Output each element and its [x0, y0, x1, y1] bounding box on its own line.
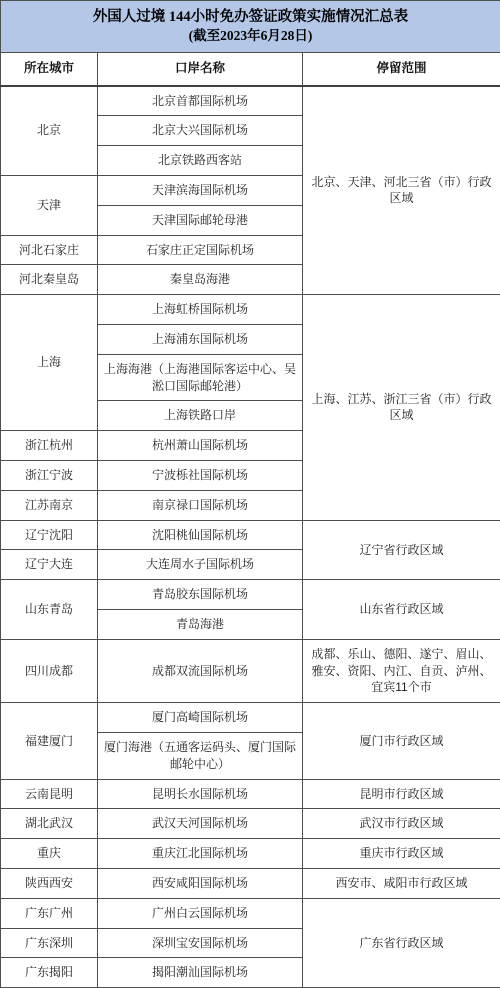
city-cell: 湖北武汉	[1, 809, 98, 839]
port-cell: 南京禄口国际机场	[98, 490, 303, 520]
stay-cell: 昆明市行政区域	[303, 779, 500, 809]
port-cell: 成都双流国际机场	[98, 639, 303, 702]
port-cell: 上海虹桥国际机场	[98, 295, 303, 325]
visa-policy-summary-table: 外国人过境 144小时免办签证政策实施情况汇总表 (截至2023年6月28日) …	[0, 0, 500, 988]
table-title-line2: (截至2023年6月28日)	[7, 27, 494, 46]
column-header-stay: 停留范围	[303, 53, 500, 86]
city-cell: 辽宁大连	[1, 550, 98, 580]
city-cell: 北京	[1, 86, 98, 176]
stay-cell: 辽宁省行政区域	[303, 520, 500, 580]
port-cell: 北京首都国际机场	[98, 86, 303, 116]
city-cell: 福建厦门	[1, 703, 98, 779]
city-cell: 重庆	[1, 839, 98, 869]
city-cell: 上海	[1, 295, 98, 431]
city-cell: 浙江杭州	[1, 431, 98, 461]
port-cell: 沈阳桃仙国际机场	[98, 520, 303, 550]
city-cell: 广东揭阳	[1, 958, 98, 988]
column-header-row: 所在城市 口岸名称 停留范围	[1, 53, 500, 86]
port-cell: 杭州萧山国际机场	[98, 431, 303, 461]
port-cell: 厦门海港（五通客运码头、厦门国际邮轮中心）	[98, 733, 303, 780]
city-cell: 四川成都	[1, 639, 98, 702]
city-cell: 河北秦皇岛	[1, 265, 98, 295]
stay-cell: 广东省行政区域	[303, 898, 500, 987]
stay-cell: 北京、天津、河北三省（市）行政区域	[303, 86, 500, 295]
port-cell: 上海铁路口岸	[98, 401, 303, 431]
port-cell: 广州白云国际机场	[98, 898, 303, 928]
port-cell: 北京大兴国际机场	[98, 116, 303, 146]
city-cell: 辽宁沈阳	[1, 520, 98, 550]
city-cell: 云南昆明	[1, 779, 98, 809]
port-cell: 上海海港（上海港国际客运中心、吴淞口国际邮轮港）	[98, 354, 303, 401]
table-row: 福建厦门 厦门高崎国际机场 厦门市行政区域	[1, 703, 500, 733]
port-cell: 宁波栎社国际机场	[98, 461, 303, 491]
table-row: 上海 上海虹桥国际机场 上海、江苏、浙江三省（市）行政区域	[1, 295, 500, 325]
title-row: 外国人过境 144小时免办签证政策实施情况汇总表 (截至2023年6月28日)	[1, 1, 500, 53]
port-cell: 揭阳潮汕国际机场	[98, 958, 303, 988]
port-cell: 天津国际邮轮母港	[98, 205, 303, 235]
port-cell: 北京铁路西客站	[98, 146, 303, 176]
city-cell: 河北石家庄	[1, 235, 98, 265]
column-header-city: 所在城市	[1, 53, 98, 86]
port-cell: 石家庄正定国际机场	[98, 235, 303, 265]
port-cell: 青岛海港	[98, 610, 303, 640]
port-cell: 大连周水子国际机场	[98, 550, 303, 580]
port-cell: 深圳宝安国际机场	[98, 928, 303, 958]
stay-cell: 厦门市行政区域	[303, 703, 500, 779]
visa-policy-summary-page: 外国人过境 144小时免办签证政策实施情况汇总表 (截至2023年6月28日) …	[0, 0, 500, 988]
port-cell: 昆明长水国际机场	[98, 779, 303, 809]
city-cell: 浙江宁波	[1, 461, 98, 491]
port-cell: 青岛胶东国际机场	[98, 580, 303, 610]
table-title-line1: 外国人过境 144小时免办签证政策实施情况汇总表	[7, 7, 494, 27]
stay-cell: 成都、乐山、德阳、遂宁、眉山、雅安、资阳、内江、自贡、泸州、宜宾11个市	[303, 639, 500, 702]
column-header-port: 口岸名称	[98, 53, 303, 86]
port-cell: 厦门高崎国际机场	[98, 703, 303, 733]
stay-cell: 武汉市行政区域	[303, 809, 500, 839]
port-cell: 上海浦东国际机场	[98, 325, 303, 355]
port-cell: 秦皇岛海港	[98, 265, 303, 295]
table-row: 辽宁沈阳 沈阳桃仙国际机场 辽宁省行政区域	[1, 520, 500, 550]
table-row: 重庆 重庆江北国际机场 重庆市行政区域	[1, 839, 500, 869]
table-row: 山东青岛 青岛胶东国际机场 山东省行政区域	[1, 580, 500, 610]
stay-cell: 上海、江苏、浙江三省（市）行政区域	[303, 295, 500, 520]
port-cell: 重庆江北国际机场	[98, 839, 303, 869]
city-cell: 天津	[1, 176, 98, 236]
table-row: 广东广州 广州白云国际机场 广东省行政区域	[1, 898, 500, 928]
city-cell: 陕西西安	[1, 869, 98, 899]
table-row: 北京 北京首都国际机场 北京、天津、河北三省（市）行政区域	[1, 86, 500, 116]
table-row: 云南昆明 昆明长水国际机场 昆明市行政区域	[1, 779, 500, 809]
port-cell: 天津滨海国际机场	[98, 176, 303, 206]
table-row: 陕西西安 西安咸阳国际机场 西安市、咸阳市行政区域	[1, 869, 500, 899]
city-cell: 广东深圳	[1, 928, 98, 958]
table-row: 湖北武汉 武汉天河国际机场 武汉市行政区域	[1, 809, 500, 839]
stay-cell: 重庆市行政区域	[303, 839, 500, 869]
stay-cell: 西安市、咸阳市行政区域	[303, 869, 500, 899]
stay-cell: 山东省行政区域	[303, 580, 500, 640]
table-title: 外国人过境 144小时免办签证政策实施情况汇总表 (截至2023年6月28日)	[1, 1, 500, 53]
port-cell: 武汉天河国际机场	[98, 809, 303, 839]
table-row: 四川成都 成都双流国际机场 成都、乐山、德阳、遂宁、眉山、雅安、资阳、内江、自贡…	[1, 639, 500, 702]
city-cell: 广东广州	[1, 898, 98, 928]
city-cell: 江苏南京	[1, 490, 98, 520]
port-cell: 西安咸阳国际机场	[98, 869, 303, 899]
city-cell: 山东青岛	[1, 580, 98, 640]
